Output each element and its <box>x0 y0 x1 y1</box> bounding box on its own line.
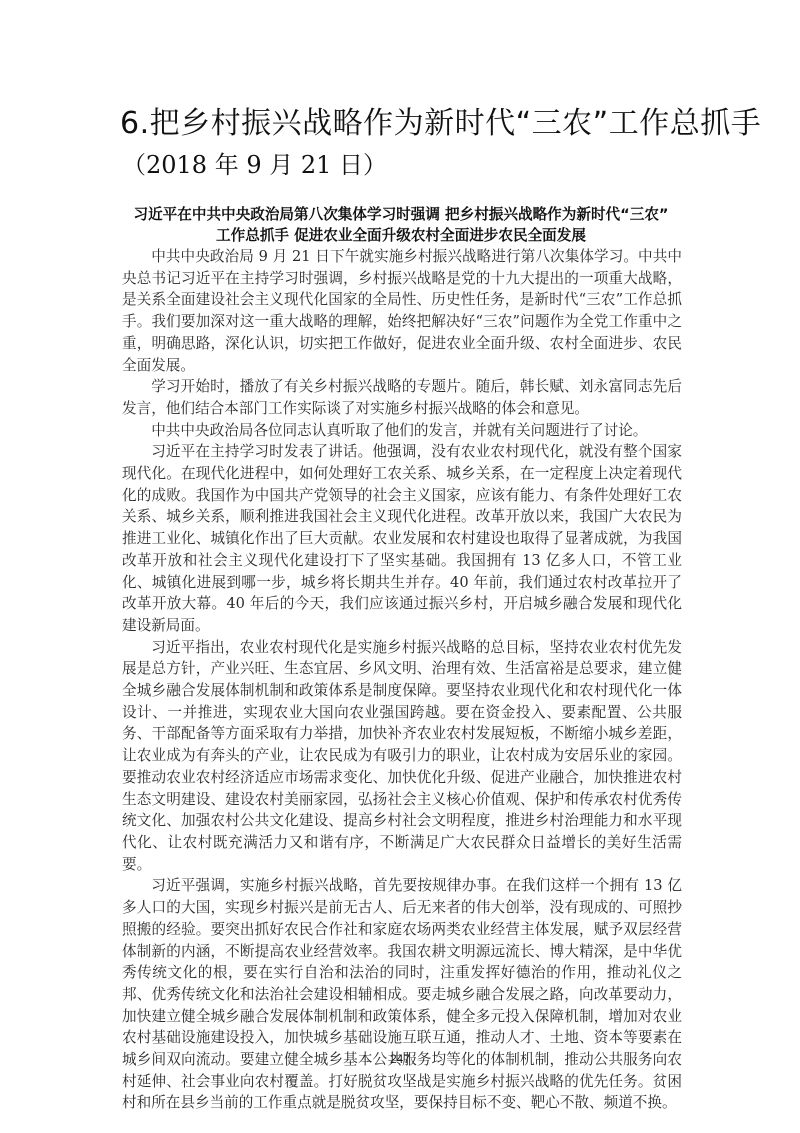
headline-line-1: 习近平在中共中央政治局第八次集体学习时强调 把乡村振兴战略作为新时代“三农” <box>118 204 684 225</box>
page-number: 247 <box>0 1052 800 1066</box>
paragraph: 习近平强调，实施乡村振兴战略，首先要按规律办事。在我们这样一个拥有 13 亿多人… <box>122 875 682 1114</box>
article-headline: 习近平在中共中央政治局第八次集体学习时强调 把乡村振兴战略作为新时代“三农” 工… <box>118 204 684 246</box>
paragraph: 习近平指出，农业农村现代化是实施乡村振兴战略的总目标，坚持农业农村优先发展是总方… <box>122 637 682 876</box>
document-page: 6.把乡村振兴战略作为新时代“三农”工作总抓手 （2018 年 9 月 21 日… <box>0 0 800 1133</box>
paragraph: 学习开始时，播放了有关乡村振兴战略的专题片。随后，韩长赋、刘永富同志先后发言，他… <box>122 376 682 419</box>
article-body: 中共中央政治局 9 月 21 日下午就实施乡村振兴战略进行第八次集体学习。中共中… <box>122 246 682 1114</box>
headline-line-2: 工作总抓手 促进农业全面升级农村全面进步农民全面发展 <box>118 225 684 246</box>
paragraph: 中共中央政治局 9 月 21 日下午就实施乡村振兴战略进行第八次集体学习。中共中… <box>122 246 682 376</box>
chapter-date: （2018 年 9 月 21 日） <box>122 148 722 182</box>
paragraph: 中共中央政治局各位同志认真听取了他们的发言，并就有关问题进行了讨论。 <box>122 420 682 442</box>
paragraph: 习近平在主持学习时发表了讲话。他强调，没有农业农村现代化，就没有整个国家现代化。… <box>122 441 682 636</box>
chapter-title: 6.把乡村振兴战略作为新时代“三农”工作总抓手 <box>120 104 720 144</box>
